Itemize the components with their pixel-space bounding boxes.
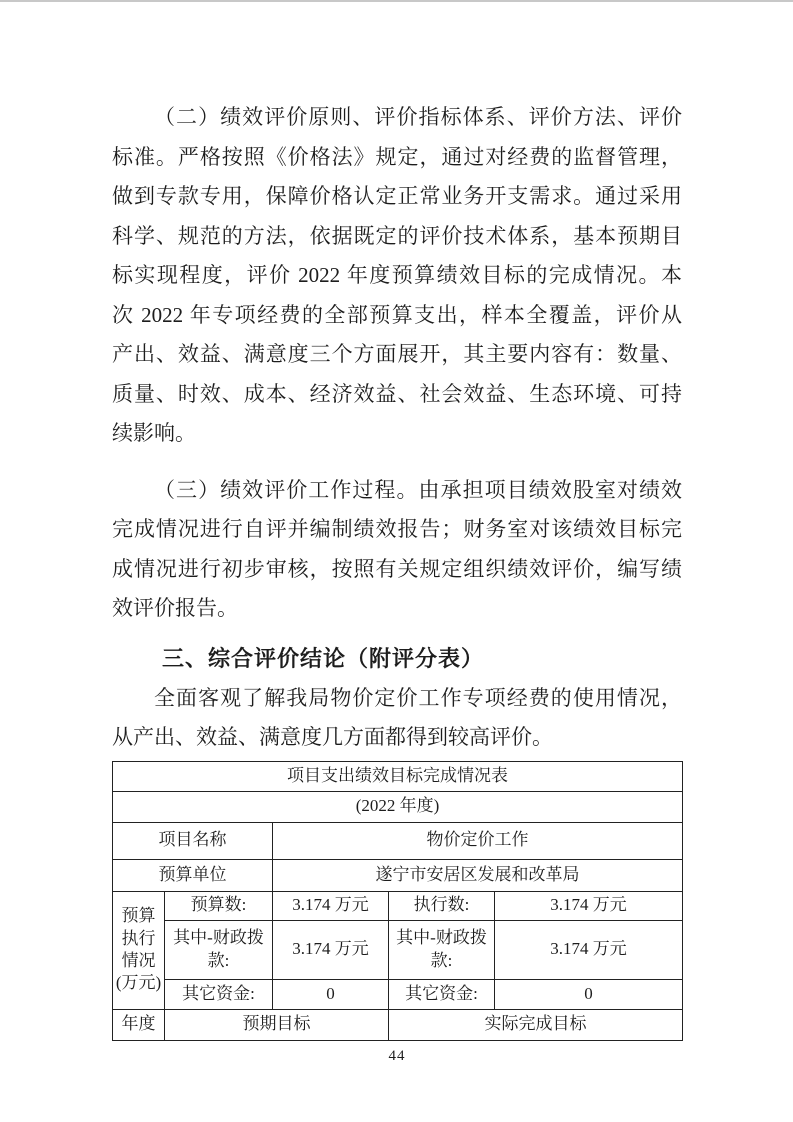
budget-number-value: 3.174 万元 <box>273 891 389 920</box>
other-funds-budget-label: 其它资金: <box>165 979 273 1009</box>
table-title: 项目支出绩效目标完成情况表 <box>113 761 683 791</box>
text-line: 次 2022 年专项经费的全部预算支出，样本全覆盖，评价从 <box>112 296 682 336</box>
text-line: 质量、时效、成本、经济效益、社会效益、生态环境、可持 <box>112 375 682 415</box>
other-funds-execution-label: 其它资金: <box>389 979 495 1009</box>
budget-number-label: 预算数: <box>165 891 273 920</box>
actual-goal-header: 实际完成目标 <box>389 1009 683 1040</box>
document-page: （二）绩效评价原则、评价指标体系、评价方法、评价 标准。严格按照《价格法》规定，… <box>0 0 793 1122</box>
table-row-budget-unit: 预算单位 遂宁市安居区发展和改革局 <box>113 859 683 891</box>
fiscal-allocation-budget-value: 3.174 万元 <box>273 920 389 979</box>
text-line: 标实现程度，评价 2022 年度预算绩效目标的完成情况。本 <box>112 256 682 296</box>
budget-unit-value: 遂宁市安居区发展和改革局 <box>273 859 683 891</box>
fiscal-allocation-execution-value: 3.174 万元 <box>495 920 683 979</box>
table-row-year: (2022 年度) <box>113 791 683 822</box>
text-line: 科学、规范的方法，依据既定的评价技术体系，基本预期目 <box>112 217 682 257</box>
table-row-title: 项目支出绩效目标完成情况表 <box>113 761 683 791</box>
other-funds-budget-value: 0 <box>273 979 389 1009</box>
performance-completion-table: 项目支出绩效目标完成情况表 (2022 年度) 项目名称 物价定价工作 预算单位… <box>112 761 683 1041</box>
text-line: 标准。严格按照《价格法》规定，通过对经费的监督管理， <box>112 138 682 178</box>
fiscal-allocation-execution-label: 其中-财政拨款: <box>389 920 495 979</box>
table-row-fiscal-allocation: 其中-财政拨款: 3.174 万元 其中-财政拨款: 3.174 万元 <box>113 920 683 979</box>
text-line: 从产出、效益、满意度几方面都得到较高评价。 <box>112 718 682 758</box>
expected-goal-header: 预期目标 <box>165 1009 389 1040</box>
project-name-value: 物价定价工作 <box>273 822 683 859</box>
paragraph-summary: 全面客观了解我局物价定价工作专项经费的使用情况， 从产出、效益、满意度几方面都得… <box>112 679 682 758</box>
paragraph-evaluation-process: （三）绩效评价工作过程。由承担项目绩效股室对绩效 完成情况进行自评并编制绩效报告… <box>112 471 682 629</box>
scan-edge-artifact <box>0 0 793 2</box>
page-number: 44 <box>112 1048 682 1065</box>
other-funds-execution-value: 0 <box>495 979 683 1009</box>
table-row-project-name: 项目名称 物价定价工作 <box>113 822 683 859</box>
text-line: 成情况进行初步审核，按照有关规定组织绩效评价，编写绩 <box>112 550 682 590</box>
year-label: 年度 <box>113 1009 165 1040</box>
text-line: 续影响。 <box>112 414 682 454</box>
text-line: 做到专款专用，保障价格认定正常业务开支需求。通过采用 <box>112 177 682 217</box>
table-year: (2022 年度) <box>113 791 683 822</box>
text-line: 全面客观了解我局物价定价工作专项经费的使用情况， <box>112 679 682 719</box>
budget-execution-group-label: 预算执行情况(万元) <box>113 891 165 1009</box>
table-row-other-funds: 其它资金: 0 其它资金: 0 <box>113 979 683 1009</box>
page-content: （二）绩效评价原则、评价指标体系、评价方法、评价 标准。严格按照《价格法》规定，… <box>112 98 682 1065</box>
text-line: （二）绩效评价原则、评价指标体系、评价方法、评价 <box>112 98 682 138</box>
execution-number-label: 执行数: <box>389 891 495 920</box>
text-line: 效评价报告。 <box>112 589 682 629</box>
project-name-label: 项目名称 <box>113 822 273 859</box>
section-heading-conclusion: 三、综合评价结论（附评分表） <box>112 639 682 679</box>
text-line: 完成情况进行自评并编制绩效报告；财务室对该绩效目标完 <box>112 510 682 550</box>
paragraph-evaluation-principles: （二）绩效评价原则、评价指标体系、评价方法、评价 标准。严格按照《价格法》规定，… <box>112 98 682 454</box>
execution-number-value: 3.174 万元 <box>495 891 683 920</box>
table-row-budget-numbers: 预算执行情况(万元) 预算数: 3.174 万元 执行数: 3.174 万元 <box>113 891 683 920</box>
text-line: 产出、效益、满意度三个方面展开，其主要内容有：数量、 <box>112 335 682 375</box>
text-line: （三）绩效评价工作过程。由承担项目绩效股室对绩效 <box>112 471 682 511</box>
table-row-year-goals: 年度 预期目标 实际完成目标 <box>113 1009 683 1040</box>
fiscal-allocation-budget-label: 其中-财政拨款: <box>165 920 273 979</box>
budget-unit-label: 预算单位 <box>113 859 273 891</box>
